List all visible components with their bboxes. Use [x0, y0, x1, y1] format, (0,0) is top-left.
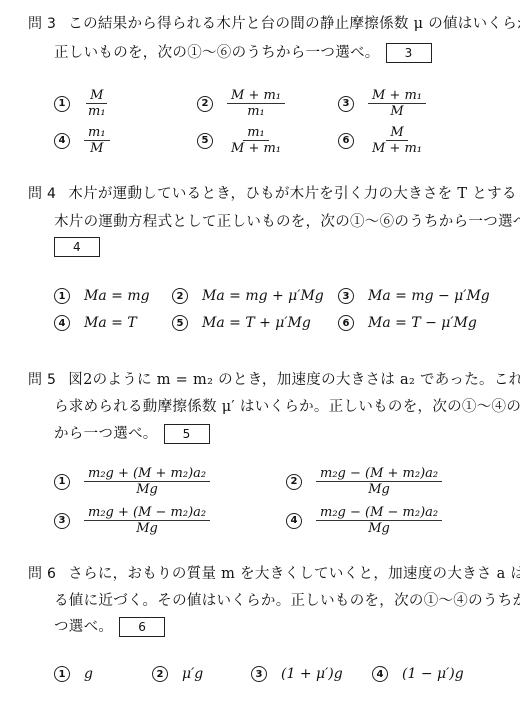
q5-line2: ら求められる動摩擦係数 μ′ はいくらか。正しいものを，次の①～④のうち: [54, 398, 520, 416]
q3-option-5[interactable]: 5m₁M + m₁: [197, 125, 285, 156]
q3-option-2[interactable]: 2M + m₁m₁: [197, 88, 285, 119]
q6-option-3[interactable]: 3(1 + μ′)g: [251, 666, 343, 682]
q4-option-3[interactable]: 3Ma = mg − μ′Mg: [338, 288, 490, 304]
answer-box-4[interactable]: 4: [54, 237, 100, 257]
q4-option-6[interactable]: 6Ma = T − μ′Mg: [338, 315, 477, 331]
q5-option-1[interactable]: 1m₂g + (M + m₂)a₂Mg: [54, 466, 210, 497]
q6-option-2[interactable]: 2μ′g: [152, 666, 203, 682]
q5-line3: から一つ選べ。5: [54, 424, 210, 444]
q3-line1: 問 3この結果から得られる木片と台の間の静止摩擦係数 μ の値はいくらか。: [28, 15, 520, 33]
q4-number: 問 4: [28, 186, 56, 202]
answer-box-5[interactable]: 5: [164, 424, 210, 444]
q5-option-4[interactable]: 4m₂g − (M − m₂)a₂Mg: [286, 505, 442, 536]
q5-number: 問 5: [28, 372, 56, 388]
q6-option-4[interactable]: 4(1 − μ′)g: [372, 666, 464, 682]
q5-line1: 問 5図2のように m = m₂ のとき，加速度の大きさは a₂ であった。これ…: [28, 371, 520, 389]
q4-option-1[interactable]: 1Ma = mg: [54, 288, 150, 304]
q4-line2: 木片の運動方程式として正しいものを，次の①～⑥のうちから一つ選べ。: [54, 213, 520, 231]
q3-option-4[interactable]: 4m₁M: [54, 125, 110, 156]
q5-option-2[interactable]: 2m₂g − (M + m₂)a₂Mg: [286, 466, 442, 497]
q4-option-5[interactable]: 5Ma = T + μ′Mg: [172, 315, 311, 331]
q3-number: 問 3: [28, 16, 56, 32]
answer-box-6[interactable]: 6: [119, 617, 165, 637]
q4-option-2[interactable]: 2Ma = mg + μ′Mg: [172, 288, 324, 304]
q3-option-6[interactable]: 6MM + m₁: [338, 125, 426, 156]
q4-line1: 問 4木片が運動しているとき，ひもが木片を引く力の大きさを T とすると，: [28, 185, 520, 203]
q5-option-3[interactable]: 3m₂g + (M − m₂)a₂Mg: [54, 505, 210, 536]
q6-line2: る値に近づく。その値はいくらか。正しいものを，次の①～④のうちから一: [54, 592, 520, 610]
q6-line1: 問 6さらに，おもりの質量 m を大きくしていくと，加速度の大きさ a は，あ: [28, 565, 520, 583]
q6-number: 問 6: [28, 566, 56, 582]
q6-option-1[interactable]: 1g: [54, 666, 93, 682]
answer-box-3[interactable]: 3: [386, 43, 432, 63]
q4-option-4[interactable]: 4Ma = T: [54, 315, 137, 331]
q3-line2: 正しいものを，次の①～⑥のうちから一つ選べ。3: [54, 43, 432, 63]
q3-option-1[interactable]: 1Mm₁: [54, 88, 110, 119]
q6-line3: つ選べ。6: [54, 617, 165, 637]
q3-option-3[interactable]: 3M + m₁M: [338, 88, 426, 119]
q4-line3: 4: [48, 237, 100, 257]
